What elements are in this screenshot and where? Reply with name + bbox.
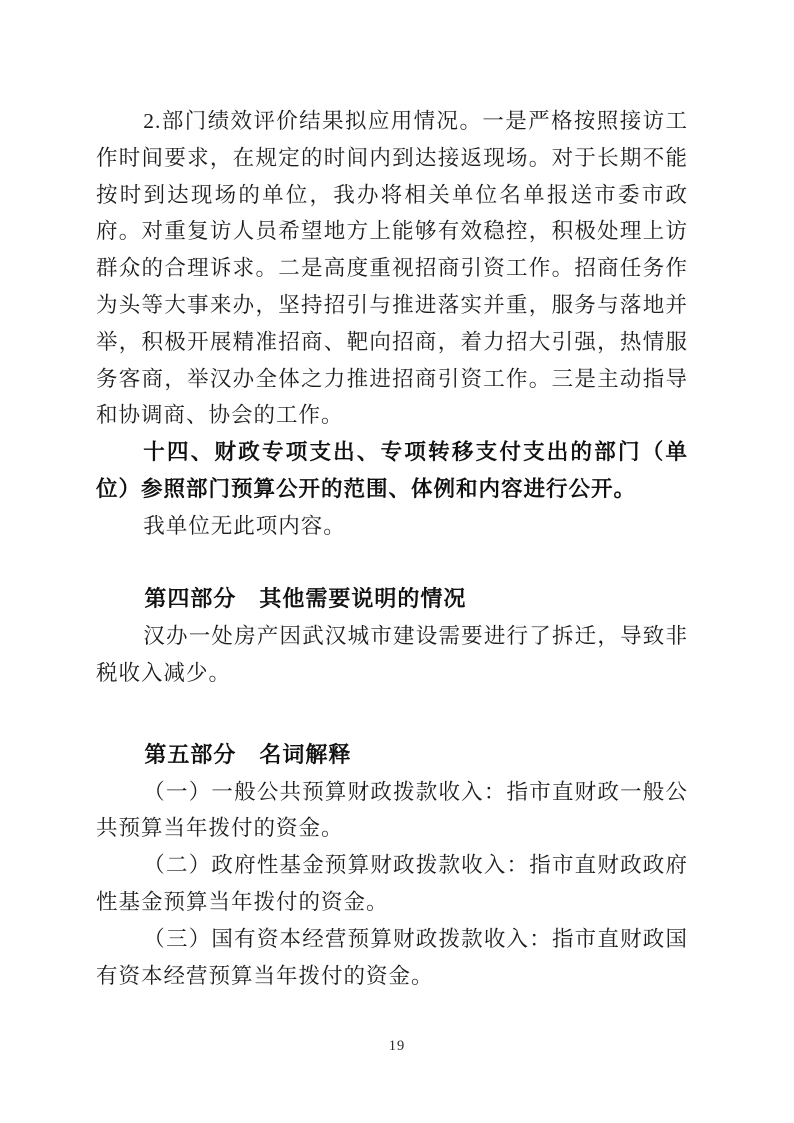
page-number: 19 — [0, 1038, 794, 1055]
heading-part-five: 第五部分 名词解释 — [96, 737, 688, 774]
document-body: 2.部门绩效评价结果拟应用情况。一是严格按照接访工作时间要求，在规定的时间内到达… — [96, 103, 688, 994]
paragraph-item-14-heading: 十四、财政专项支出、专项转移支付支出的部门（单位）参照部门预算公开的范围、体例和… — [96, 434, 688, 508]
paragraph-term-general-public-budget: （一）一般公共预算财政拨款收入：指市直财政一般公共预算当年拨付的资金。 — [96, 774, 688, 848]
paragraph-term-state-capital-budget: （三）国有资本经营预算财政拨款收入：指市直财政国有资本经营预算当年拨付的资金。 — [96, 921, 688, 995]
document-page: 2.部门绩效评价结果拟应用情况。一是严格按照接访工作时间要求，在规定的时间内到达… — [0, 0, 794, 1123]
paragraph-performance-eval-results: 2.部门绩效评价结果拟应用情况。一是严格按照接访工作时间要求，在规定的时间内到达… — [96, 103, 688, 434]
paragraph-term-government-fund-budget: （二）政府性基金预算财政拨款收入：指市直财政政府性基金预算当年拨付的资金。 — [96, 847, 688, 921]
paragraph-part-four-body: 汉办一处房产因武汉城市建设需要进行了拆迁，导致非税收入减少。 — [96, 618, 688, 692]
heading-part-four: 第四部分 其他需要说明的情况 — [96, 581, 688, 618]
paragraph-no-content-statement: 我单位无此项内容。 — [96, 508, 688, 545]
